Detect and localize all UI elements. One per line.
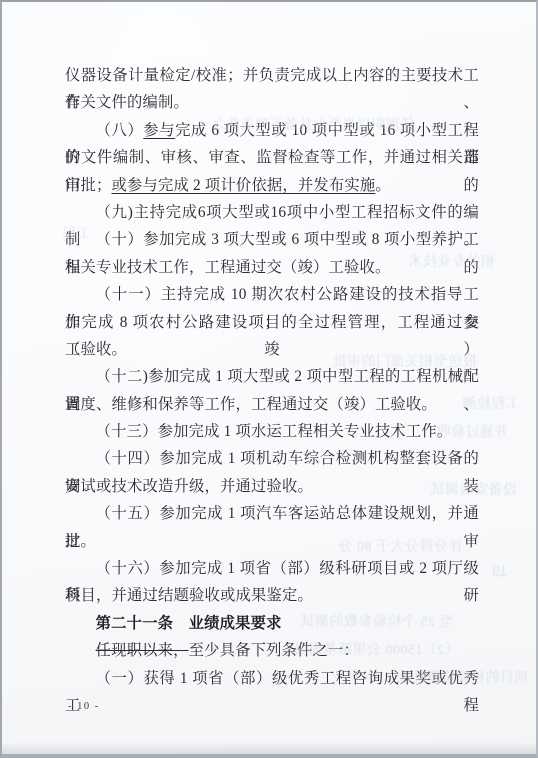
text-segment: 或参与完成 2 项计价依据，并发布实施 — [112, 177, 376, 194]
text-segment: 有关文件的编制。 — [65, 94, 189, 111]
text-segment: （一）获得 1 项省（部）级优秀工程咨询成果奖或优秀工程 — [65, 670, 479, 714]
text-segment: 参与 — [143, 122, 175, 139]
text-segment: 工验收。 — [65, 341, 127, 358]
text-line: （十四）参加完成 1 项机动车综合检测机构整套设备的安装 — [65, 445, 479, 472]
text-line: 仪器设备计量检定/校准；并负责完成以上内容的主要技术工作、 — [65, 62, 479, 89]
text-segment: （八） — [96, 122, 144, 139]
text-segment: 审批； — [65, 177, 112, 194]
text-line: （十三）参加完成 1 项水运工程相关专业技术工作。 — [65, 418, 479, 445]
text-segment: 调试或技术改造升级，并通过验收。 — [65, 478, 313, 495]
text-segment: 加完成 8 项农村公路建设项目的全过程管理，工程通过交（竣） — [65, 314, 479, 358]
bleed-through-text: 10 — [492, 563, 507, 579]
text-line: 第二十一条 业绩成果要求 — [65, 610, 479, 637]
text-line: 任现职以来，至少具备下列条件之一： — [65, 637, 479, 664]
text-segment: 相关专业技术工作，工程通过交（竣）工验收。 — [65, 259, 390, 276]
text-line: （九)主持完成6项大型或16项中小型工程招标文件的编制。 — [65, 199, 479, 226]
text-segment: 调度、维修和保养等工作，工程通过交（竣）工验收。 — [65, 396, 437, 413]
document-body: 仪器设备计量检定/校准；并负责完成以上内容的主要技术工作、有关文件的编制。（八）… — [65, 62, 479, 692]
text-line: （十六）参加完成 1 项省（部）级科研项目或 2 项厅级科研 — [65, 555, 479, 582]
text-line: （十一）主持完成 10 期次农村公路建设的技术指导工作；参 — [65, 281, 479, 308]
text-line: 调度、维修和保养等工作，工程通过交（竣）工验收。 — [65, 391, 479, 418]
text-segment: （十五）参加完成 1 项汽车客运站总体建设规划，并通过审 — [65, 505, 479, 549]
text-line: （十五）参加完成 1 项汽车客运站总体建设规划，并通过审 — [65, 500, 479, 527]
text-segment: （十三）参加完成 1 项水运工程相关专业技术工作。 — [96, 423, 453, 440]
text-line: （一）获得 1 项省（部）级优秀工程咨询成果奖或优秀工程 — [65, 665, 479, 692]
text-segment: 。 — [375, 177, 391, 194]
text-segment: 批。 — [65, 533, 96, 550]
text-line: （八）参与完成 6 项大型或 10 项中型或 16 项小型工程的造 — [65, 117, 479, 144]
text-line: （十二)参加完成 1 项大型或 2 项中型工程的工程机械配置、 — [65, 363, 479, 390]
text-segment: 业绩成果要求 — [173, 615, 281, 632]
scanned-document-page: 仪器设备计量检定/校准；并负责完成以上内容的主要技术工作、有关文件的编制。（八）… — [0, 0, 538, 758]
text-segment: 至少具备下列条件之一： — [189, 642, 359, 659]
text-line: 价文件编制、审核、审查、监督检查等工作，并通过相关部门的 — [65, 144, 479, 171]
text-segment: 任现职以来， — [96, 642, 189, 659]
text-line: 加完成 8 项农村公路建设项目的全过程管理，工程通过交（竣） — [65, 309, 479, 336]
page-number: - 10 - — [68, 701, 100, 712]
text-line: （十）参加完成 3 项大型或 6 项中型或 8 项小型养护工程的 — [65, 226, 479, 253]
text-segment: 第二十一条 — [96, 615, 174, 632]
text-segment: 项目，并通过结题验收或成果鉴定。 — [65, 587, 313, 604]
